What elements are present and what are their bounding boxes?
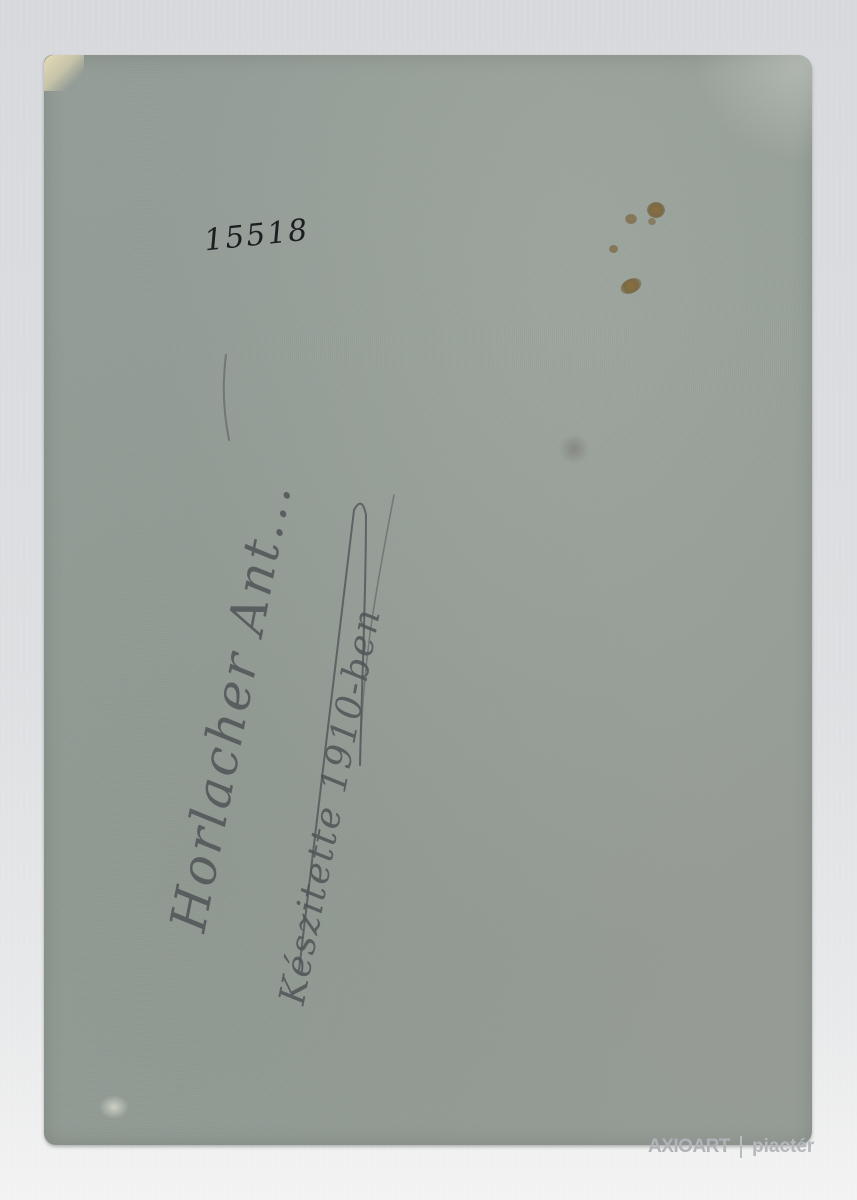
watermark-sub: piactér (752, 1136, 814, 1158)
watermark: AXIOART piactér (648, 1136, 814, 1158)
watermark-separator (740, 1136, 742, 1158)
pencil-flourish (44, 55, 812, 1145)
watermark-brand: AXIOART (648, 1136, 730, 1158)
photo-card-back: 15518 Horlacher Ant... Készitette 1910-b… (44, 55, 812, 1145)
